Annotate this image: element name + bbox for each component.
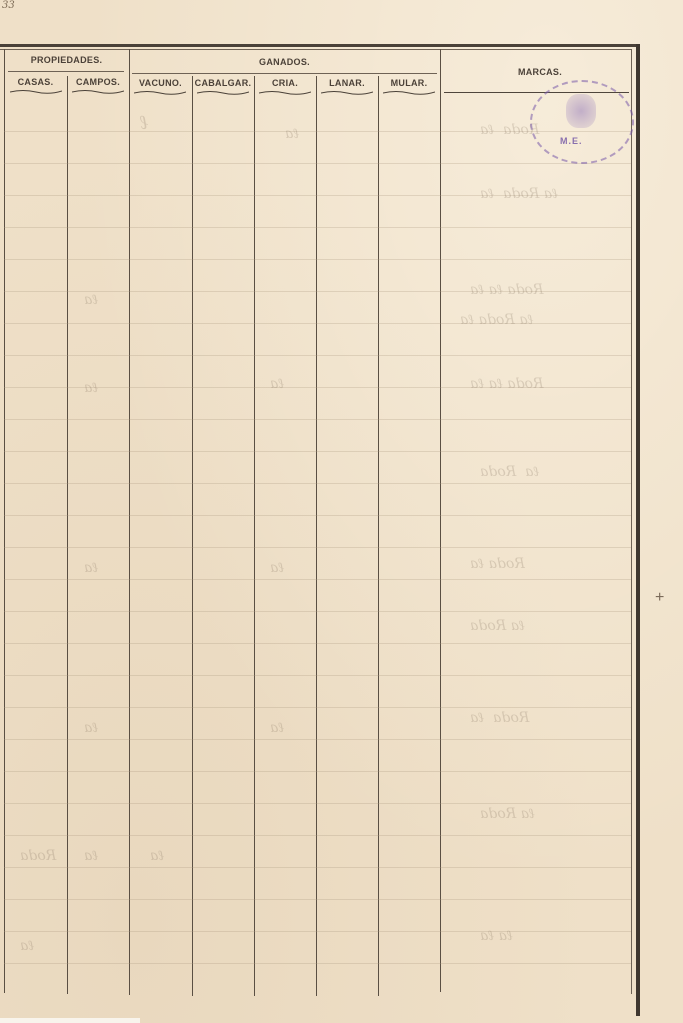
row-rule xyxy=(4,771,631,772)
column-divider xyxy=(67,76,68,994)
column-divider xyxy=(192,76,193,996)
column-divider xyxy=(4,49,5,993)
column-divider xyxy=(316,76,317,996)
group-header-propiedades: PROPIEDADES. xyxy=(4,55,129,65)
page-edge xyxy=(0,1018,140,1023)
row-rule xyxy=(4,867,631,868)
ledger-page: 33 PROPIEDADES. GANADOS. MARCAS. CASAS. … xyxy=(0,0,683,1023)
row-rule xyxy=(4,643,631,644)
row-rule xyxy=(4,803,631,804)
row-rule xyxy=(4,355,631,356)
stamp-text: M.E. xyxy=(560,136,583,146)
column-header-mular: MULAR. xyxy=(378,78,440,88)
top-border-rule-thin xyxy=(0,49,632,50)
group-header-ganados: GANADOS. xyxy=(129,57,440,67)
row-rule xyxy=(4,579,631,580)
top-border-rule xyxy=(0,44,637,47)
right-border-rule xyxy=(636,44,640,1016)
row-rule xyxy=(4,227,631,228)
column-header-lanar: LANAR. xyxy=(316,78,378,88)
column-divider xyxy=(254,76,255,996)
column-header-campos: CAMPOS. xyxy=(67,77,129,87)
row-rule xyxy=(4,931,631,932)
row-rule xyxy=(4,835,631,836)
group-header-underline xyxy=(132,73,437,74)
column-header-vacuno: VACUNO. xyxy=(129,78,192,88)
column-header-casas: CASAS. xyxy=(4,77,67,87)
official-stamp: M.E. xyxy=(530,80,634,164)
header-swash-ornament xyxy=(197,90,249,94)
stamp-emblem-icon xyxy=(566,94,596,128)
right-border-rule-thin xyxy=(631,49,632,994)
column-header-cabalgar: CABALGAR. xyxy=(192,78,254,88)
column-divider xyxy=(129,49,130,995)
row-rule xyxy=(4,419,631,420)
header-swash-ornament xyxy=(72,89,124,93)
row-rule xyxy=(4,323,631,324)
row-rule xyxy=(4,707,631,708)
group-header-marcas: MARCAS. xyxy=(500,67,580,77)
row-rule xyxy=(4,547,631,548)
row-rule xyxy=(4,515,631,516)
column-header-cria: CRIA. xyxy=(254,78,316,88)
margin-plus-mark: + xyxy=(655,589,664,607)
row-rule xyxy=(4,451,631,452)
header-swash-ornament xyxy=(321,90,373,94)
row-rule xyxy=(4,611,631,612)
row-rule xyxy=(4,963,631,964)
corner-annotation: 33 xyxy=(2,0,15,11)
row-rule xyxy=(4,739,631,740)
row-rule xyxy=(4,899,631,900)
header-swash-ornament xyxy=(383,90,435,94)
header-swash-ornament xyxy=(134,90,186,94)
row-rule xyxy=(4,675,631,676)
header-swash-ornament xyxy=(259,90,311,94)
header-swash-ornament xyxy=(10,89,62,93)
row-rule xyxy=(4,483,631,484)
column-divider xyxy=(378,76,379,996)
group-header-underline xyxy=(8,71,124,72)
column-divider xyxy=(440,49,441,992)
row-rule xyxy=(4,259,631,260)
row-rule xyxy=(4,163,631,164)
